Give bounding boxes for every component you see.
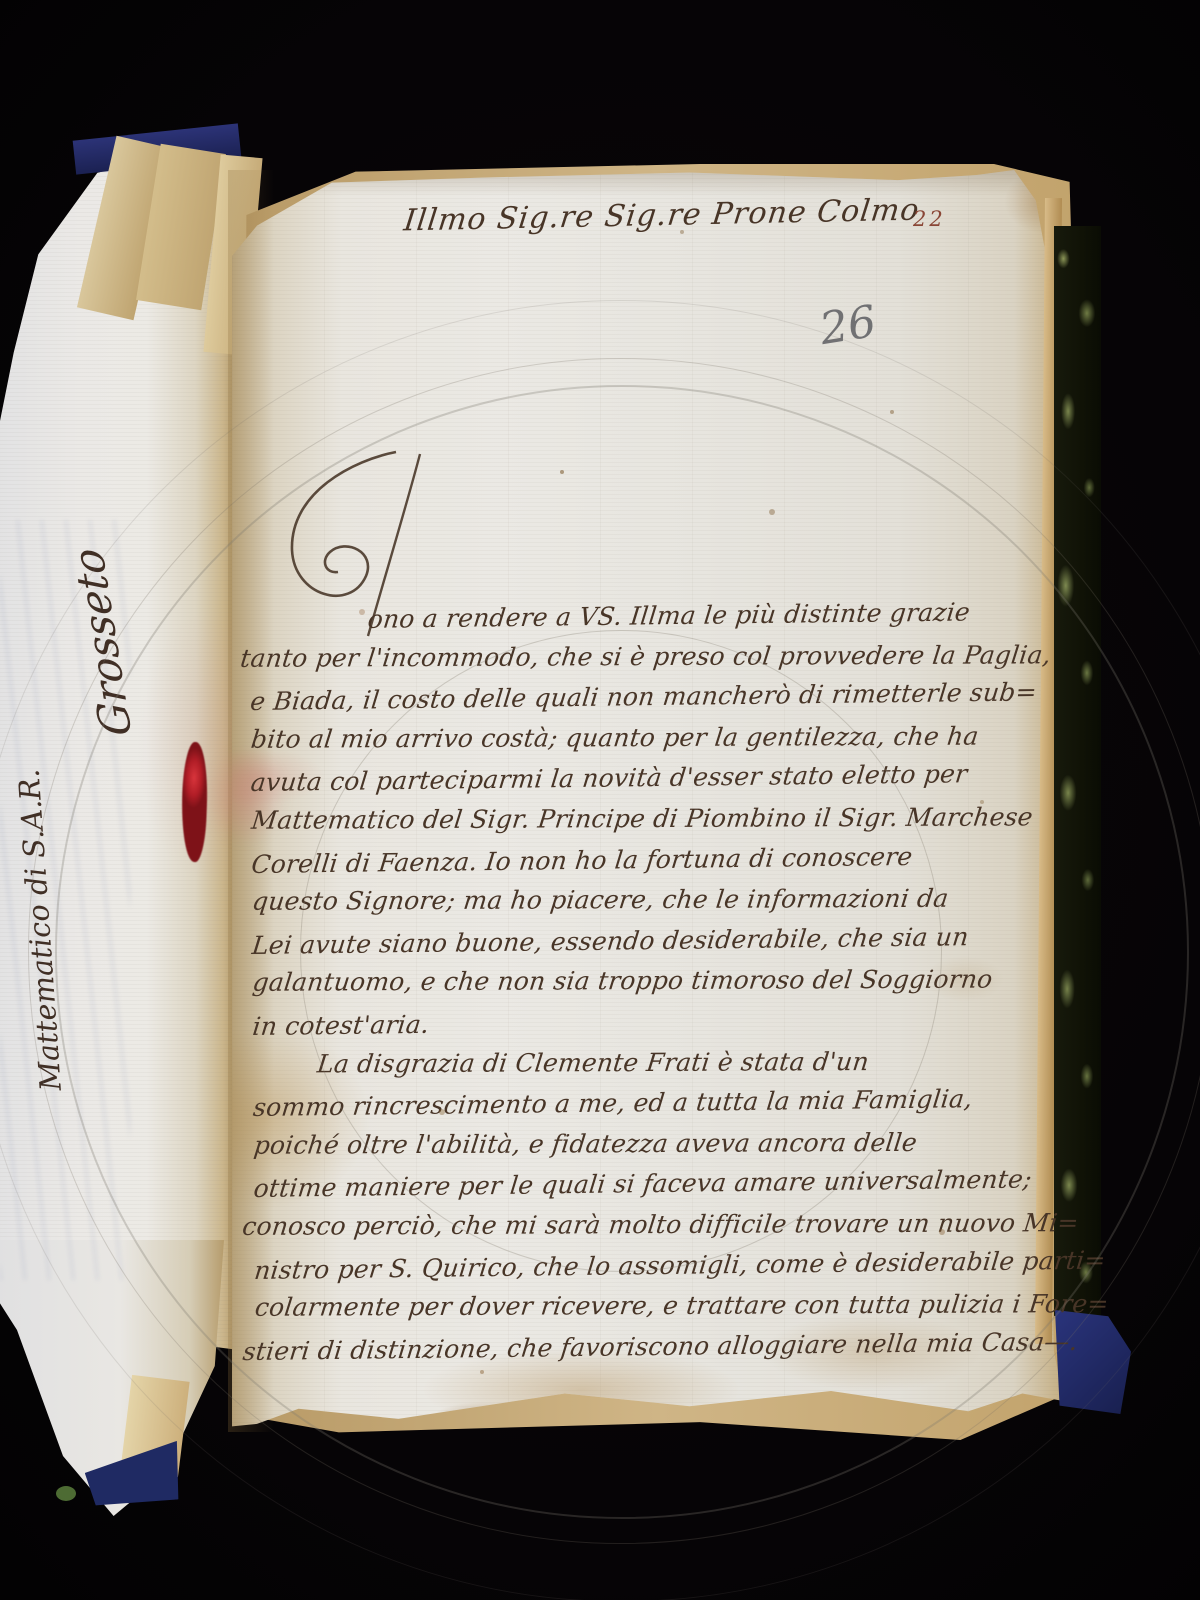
letter-line: Corelli di Faenza. Io non ho la fortuna … bbox=[249, 840, 1066, 891]
letter-line: questo Signore; ma ho piacere, che le in… bbox=[249, 883, 1066, 927]
foxing-spots bbox=[560, 470, 564, 474]
letter-line: tanto per l'incommodo, che si è preso co… bbox=[237, 640, 1064, 684]
folio-number-ink: 22 bbox=[913, 207, 946, 231]
letter-line: e Biada, il costo delle quali non manche… bbox=[248, 677, 1065, 728]
folio-number-pencil: 26 bbox=[816, 296, 879, 355]
letter-body: ono a rendere a VS. Illma le più distint… bbox=[249, 598, 1066, 1375]
letter-line: in cotest'aria. bbox=[250, 1002, 1067, 1053]
letter-line: ono a rendere a VS. Illma le più distint… bbox=[365, 596, 1064, 645]
manuscript-photo: Illmo Sig. Prone Mattematico di S.A.R. G… bbox=[0, 0, 1200, 1600]
letter-line: ottime maniere per le quali si faceva am… bbox=[251, 1164, 1068, 1215]
letter-line: sommo rincrescimento a me, ed a tutta la… bbox=[250, 1083, 1067, 1134]
letter-line: La disgrazia di Clemente Frati è stata d… bbox=[314, 1046, 1067, 1090]
letter-line: stieri di distinzione, che favoriscono a… bbox=[240, 1327, 1069, 1378]
letter-line: nistro per S. Quirico, che lo assomigli,… bbox=[252, 1246, 1069, 1297]
letter-line: colarmente per dover ricevere, e trattar… bbox=[252, 1289, 1069, 1333]
letter-line: avuta col parteciparmi la novità d'esser… bbox=[248, 758, 1065, 809]
marble-speck bbox=[56, 1486, 76, 1501]
letter-line: galantuomo, e che non sia troppo timoros… bbox=[250, 965, 1067, 1009]
letter-line: conosco perciò, che mi sarà molto diffic… bbox=[239, 1208, 1068, 1252]
letter-line: poiché oltre l'abilità, e fidatezza avev… bbox=[251, 1127, 1068, 1171]
letter-line: Mattematico del Sigr. Principe di Piombi… bbox=[249, 802, 1066, 846]
letter-line: Lei avute siano buone, essendo desiderab… bbox=[249, 921, 1066, 972]
